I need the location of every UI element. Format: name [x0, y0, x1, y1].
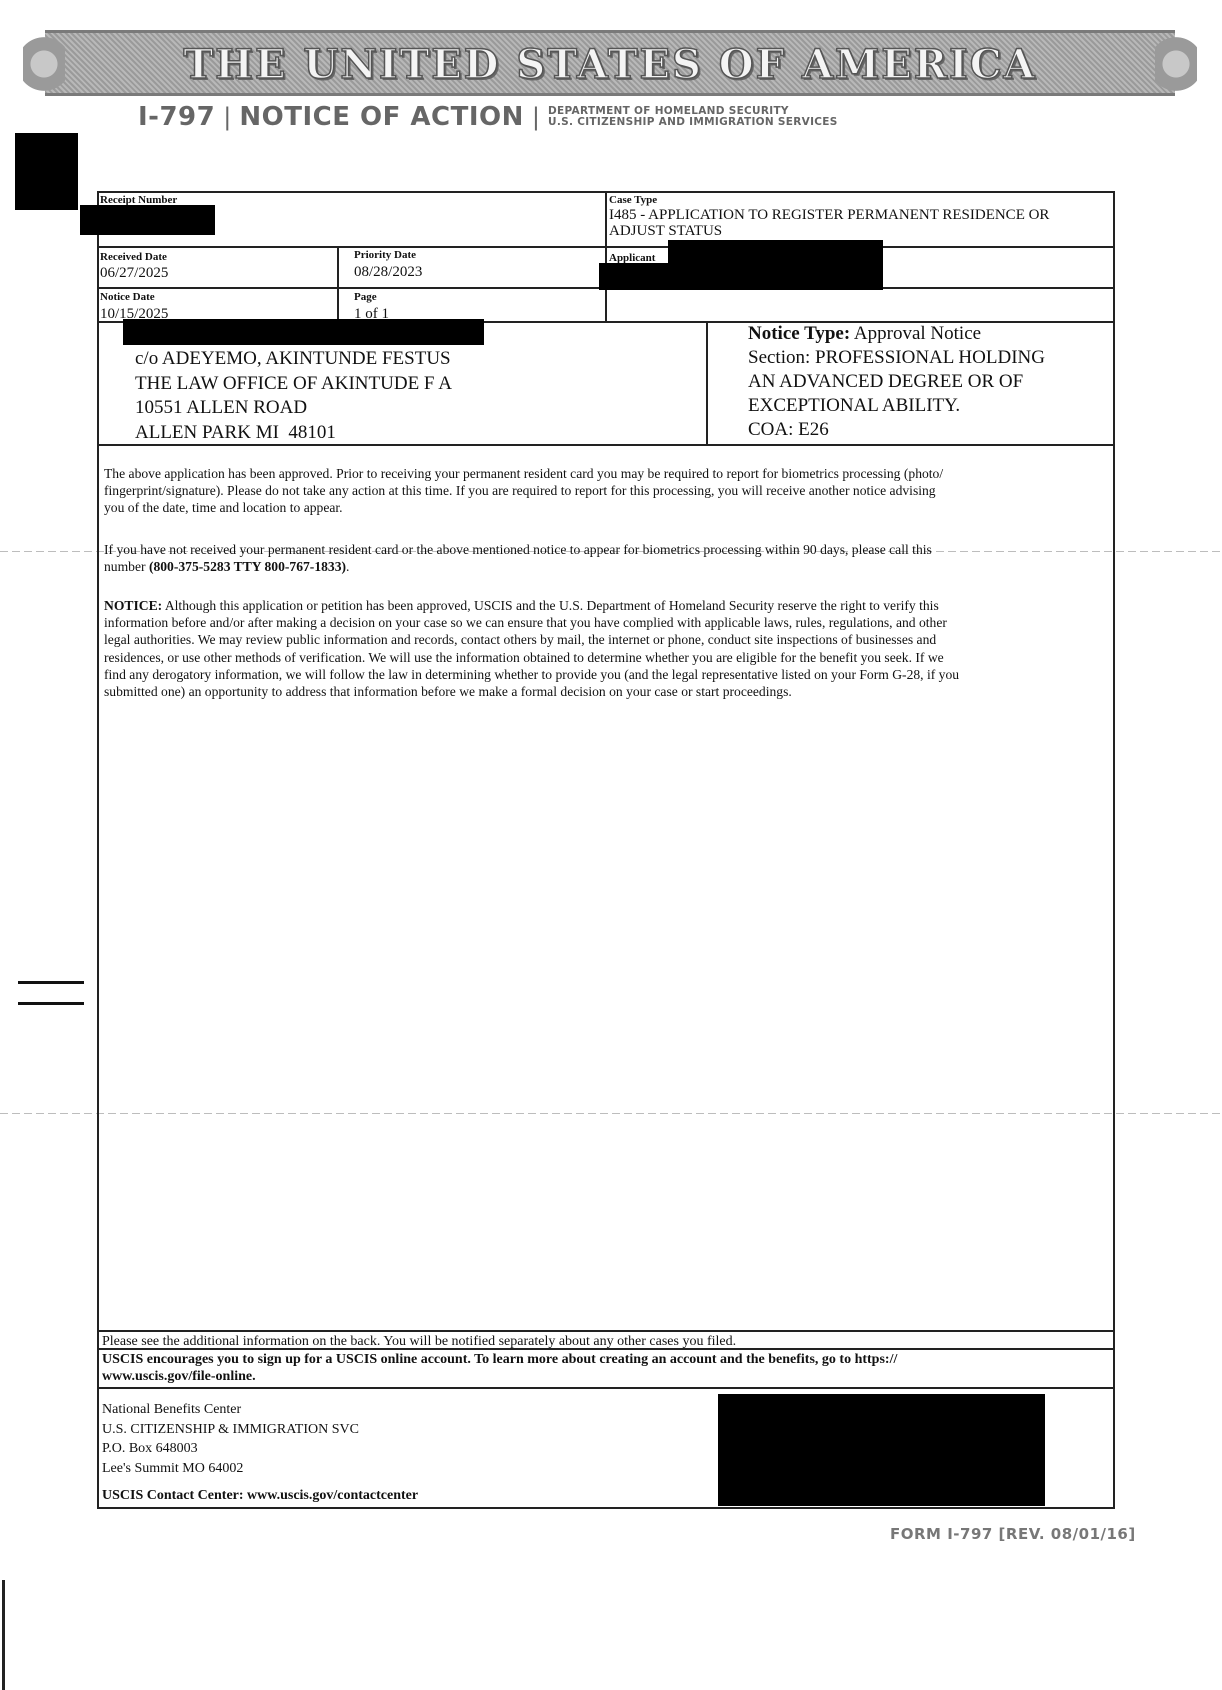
file-online-link[interactable]: www.uscis.gov/file-online.: [102, 1368, 1102, 1385]
divider: |: [223, 103, 231, 131]
grid-line: [97, 246, 1115, 248]
divider: |: [532, 103, 540, 131]
addressee-redacted: [123, 319, 484, 345]
received-date-value: 06/27/2025: [100, 265, 168, 281]
service-center-address: National Benefits Center U.S. CITIZENSHI…: [102, 1400, 359, 1478]
form-title: I-797 | NOTICE OF ACTION | DEPARTMENT OF…: [138, 100, 838, 134]
phone-numbers: (800-375-5283 TTY 800-767-1833): [149, 559, 346, 574]
address-line: 10551 ALLEN ROAD: [135, 396, 452, 421]
notice-date-label: Notice Date: [100, 292, 155, 303]
notice-type-block: Notice Type: Approval Notice Section: PR…: [748, 322, 1045, 442]
form-id: I-797: [138, 102, 215, 132]
section-line: EXCEPTIONAL ABILITY.: [748, 394, 1045, 418]
section-line: Section: PROFESSIONAL HOLDING: [748, 346, 1045, 370]
address-line: c/o ADEYEMO, AKINTUNDE FESTUS: [135, 347, 452, 372]
address-line: ALLEN PARK MI 48101: [135, 421, 452, 446]
department: DEPARTMENT OF HOMELAND SECURITY U.S. CIT…: [548, 106, 838, 128]
grid-line: [337, 246, 339, 321]
form-revision: FORM I-797 [REV. 08/01/16]: [890, 1525, 1136, 1543]
margin-mark: [18, 1002, 84, 1005]
banner-title: THE UNITED STATES OF AMERICA: [45, 41, 1175, 88]
notice-paragraph: NOTICE: Although this application or pet…: [104, 597, 1114, 700]
priority-date-value: 08/28/2023: [354, 264, 422, 280]
notice-label: NOTICE:: [104, 598, 162, 613]
grid-line: [97, 1387, 1115, 1389]
coa-code: COA: E26: [748, 418, 1045, 442]
page-label: Page: [354, 292, 377, 303]
scan-edge: [2, 1580, 5, 1690]
address-line: THE LAW OFFICE OF AKINTUDE F A: [135, 372, 452, 397]
approval-paragraph: The above application has been approved.…: [104, 465, 1109, 517]
received-date-label: Received Date: [100, 252, 167, 263]
online-account-notice: USCIS encourages you to sign up for a US…: [102, 1351, 1102, 1385]
grid-line: [706, 321, 708, 444]
barcode-redacted: [718, 1394, 1045, 1506]
redaction-margin: [15, 133, 78, 210]
priority-date-label: Priority Date: [354, 250, 416, 261]
case-type-label: Case Type: [609, 195, 657, 206]
notice-type-value: Approval Notice: [854, 323, 981, 344]
receipt-number-redacted: [80, 205, 215, 235]
grid-line: [97, 1348, 1115, 1350]
grid-line: [97, 1330, 1115, 1332]
applicant-redacted: [668, 240, 883, 290]
grid-line: [605, 191, 607, 323]
mailing-address: c/o ADEYEMO, AKINTUNDE FESTUS THE LAW OF…: [135, 347, 452, 445]
notice-type-label: Notice Type:: [748, 323, 850, 344]
form-name: NOTICE OF ACTION: [239, 102, 524, 132]
margin-mark: [18, 981, 84, 984]
seal-banner: THE UNITED STATES OF AMERICA: [45, 30, 1175, 96]
section-line: AN ADVANCED DEGREE OR OF: [748, 370, 1045, 394]
case-type-value: I485 - APPLICATION TO REGISTER PERMANENT…: [609, 207, 1049, 239]
contact-center[interactable]: USCIS Contact Center: www.uscis.gov/cont…: [102, 1487, 418, 1504]
contact-paragraph: If you have not received your permanent …: [104, 541, 1109, 575]
applicant-redacted: [599, 263, 699, 290]
